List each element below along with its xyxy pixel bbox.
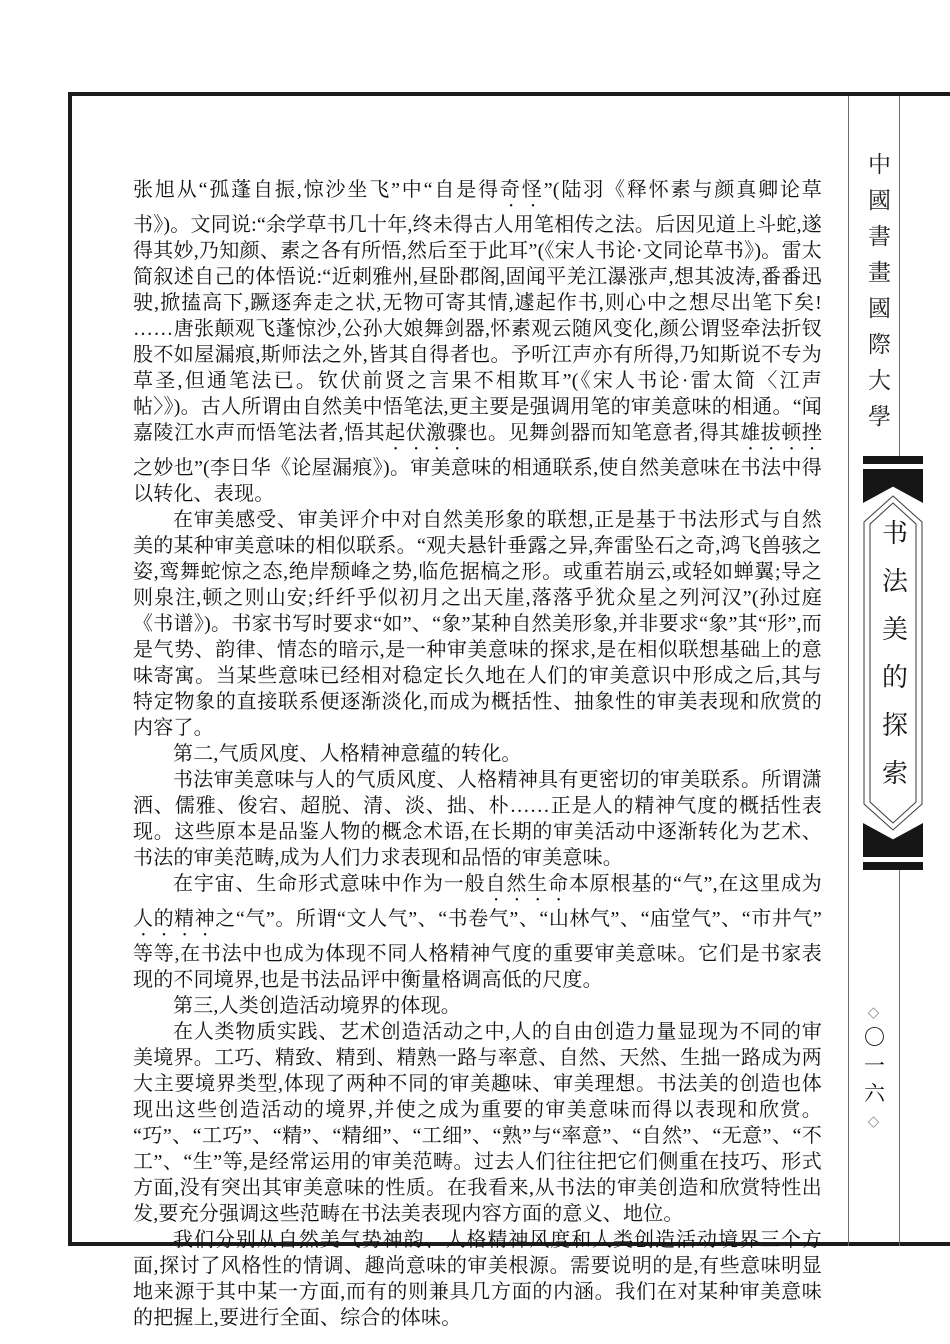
paragraph: 在宇宙、生命形式意味中作为一般自然生命本原根基的“气”,在这里成为人的精神之“气… [133, 871, 822, 993]
page-number: 〇一六 [859, 1026, 889, 1110]
page-number-block: ◇ 〇一六 ◇ [848, 1006, 899, 1130]
paragraph: 在人类物质实践、艺术创造活动之中,人的自由创造力量显现为不同的审美境界。工巧、精… [133, 1019, 822, 1227]
banner-bottom-bar [863, 862, 923, 870]
diamond-icon: ◇ [868, 1006, 880, 1021]
title-banner: 书法美的探索 [863, 456, 923, 870]
article-text: 张旭从“孤蓬自振,惊沙坐飞”中“自是得奇怪”(陆羽《释怀素与颜真卿论草书》)。文… [133, 177, 822, 1331]
institution-name: 中國書畫國際大學 [861, 152, 894, 440]
paragraph: 第三,人类创造活动境界的体现。 [133, 993, 822, 1019]
banner-top-bar [863, 456, 923, 464]
paragraph: 书法审美意味与人的气质风度、人格精神具有更密切的审美联系。所谓潇洒、儒雅、俊宕、… [133, 767, 822, 871]
paragraph: 我们分别从自然美气势神韵、人格精神风度和人类创造活动境界三个方面,探讨了风格性的… [133, 1227, 822, 1331]
diamond-icon: ◇ [868, 1115, 880, 1130]
book-title: 书法美的探索 [875, 519, 912, 807]
paragraph: 在审美感受、审美评介中对自然美形象的联想,正是基于书法形式与自然美的某种审美意味… [133, 507, 822, 741]
title-plaque: 书法美的探索 [863, 495, 923, 831]
paragraph: 第二,气质风度、人格精神意蕴的转化。 [133, 741, 822, 767]
paragraph: 张旭从“孤蓬自振,惊沙坐飞”中“自是得奇怪”(陆羽《释怀素与颜真卿论草书》)。文… [133, 177, 822, 507]
